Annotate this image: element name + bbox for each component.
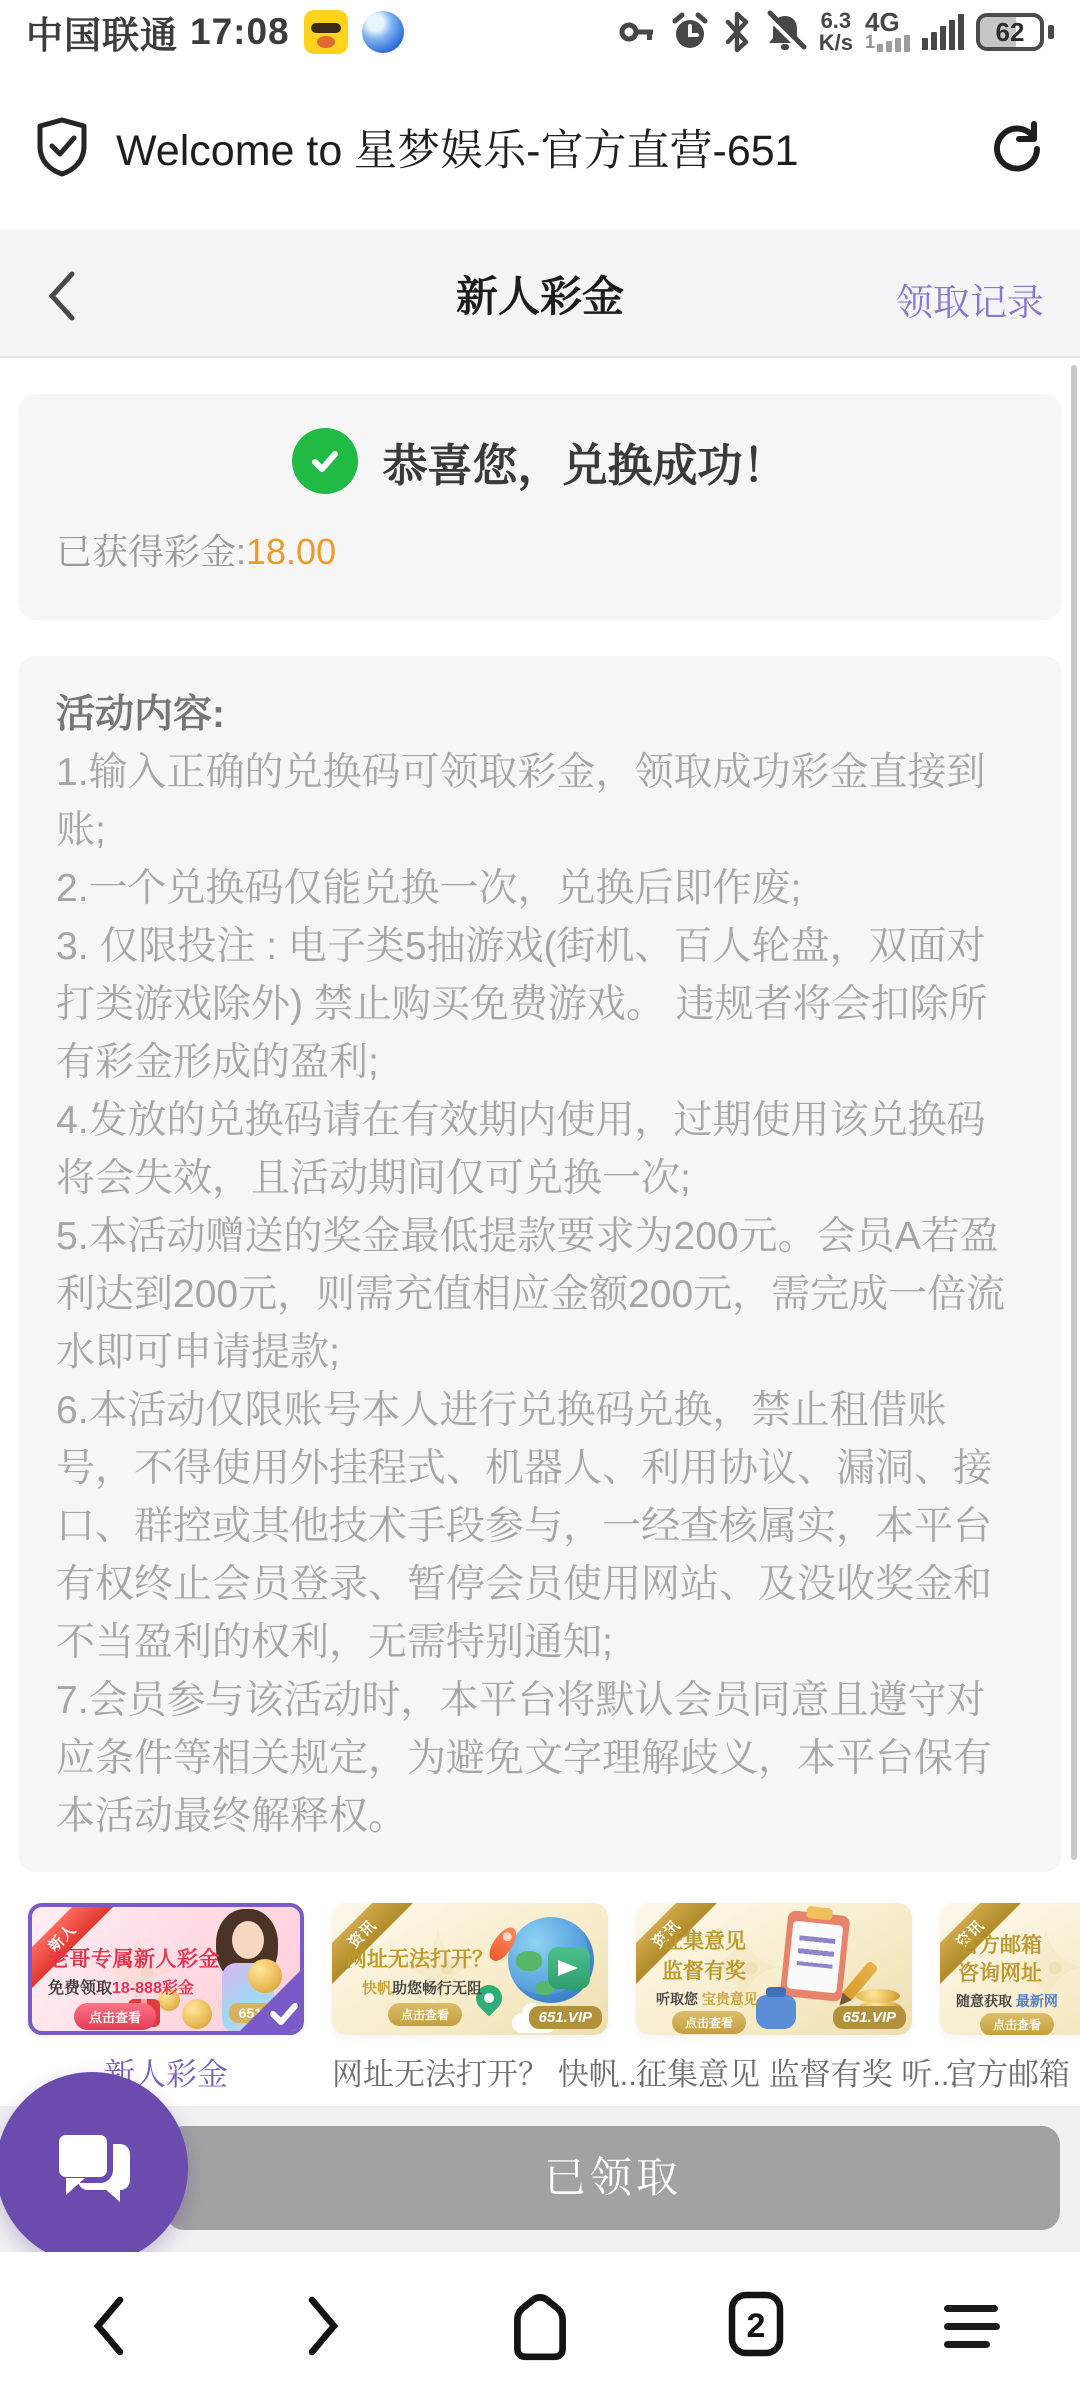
banner-title: 老哥专属新人彩金 <box>48 1943 220 1973</box>
rule-item-3: 3. 仅限投注 : 电子类5抽游戏(街机、百人轮盘，双面对打类游戏除外) 禁止购… <box>56 918 1024 1092</box>
view-button[interactable]: 点击查看 <box>980 2013 1054 2035</box>
nav-back-button[interactable] <box>0 2252 216 2400</box>
promo-banner-official-email[interactable]: 资讯 官方邮箱 咨询网址 随意获取 最新网 点击查看 <box>940 1903 1080 2035</box>
refresh-icon[interactable] <box>988 118 1046 176</box>
banner-title-line2: 监督有奖 <box>662 1955 746 1985</box>
battery-nub <box>1048 25 1054 39</box>
key-icon <box>617 12 657 52</box>
view-button[interactable]: 点击查看 <box>74 2003 156 2030</box>
activity-rules-card: 活动内容: 1.输入正确的兑换码可领取彩金，领取成功彩金直接到账; 2.一个兑换… <box>18 656 1062 1872</box>
chat-bubbles-icon <box>46 2122 138 2214</box>
title-fade <box>806 117 926 178</box>
carrier-label: 中国联通 <box>26 5 178 59</box>
status-icons: 6.3 K/s 4G 1 62 <box>617 10 1054 54</box>
shield-check-icon <box>34 116 90 178</box>
emoji-sunglasses-icon <box>304 10 348 54</box>
rule-item-7: 7.会员参与该活动时，本平台将默认会员同意且遵守对应条件等相关规定，为避免文字理… <box>56 1672 1024 1846</box>
network-speed: 6.3 K/s <box>819 10 853 54</box>
screen: 中国联通 17:08 <box>0 0 1080 2400</box>
nav-tabs-button[interactable]: 2 <box>648 2252 864 2400</box>
selected-check-icon <box>239 1970 301 2032</box>
customer-service-chat-button[interactable] <box>0 2072 188 2264</box>
promo-banner-site-unreachable[interactable]: 资讯 网址无法打开？ 快帆助您畅行无阻 点击查看 651.VIP <box>332 1903 608 2035</box>
nav-menu-icon <box>944 2294 1000 2359</box>
alarm-clock-icon <box>669 11 711 53</box>
battery-indicator: 62 <box>976 13 1044 51</box>
page-header: 新人彩金 领取记录 <box>0 230 1080 358</box>
brand-badge: 651.VIP <box>833 2006 906 2029</box>
promo-banner-feedback-reward[interactable]: 资讯 征集意见 监督有奖 听取您 宝贵意见 点击查看 651.VIP <box>636 1903 912 2035</box>
system-nav-bar: 2 <box>0 2252 1080 2400</box>
brand-badge: 651.VIP <box>529 2006 602 2029</box>
banner-title: 网址无法打开？ <box>346 1943 493 1973</box>
bluetooth-icon <box>723 11 751 53</box>
rule-item-6: 6.本活动仅限账号本人进行兑换码兑换，禁止租借账号，不得使用外挂程式、机器人、利… <box>56 1382 1024 1672</box>
claim-records-link[interactable]: 领取记录 <box>896 272 1044 326</box>
promo-caption: 官方邮箱 咨询网... <box>940 2049 1080 2094</box>
banner-title-line2: 咨询网址 <box>958 1957 1042 1987</box>
rule-item-5: 5.本活动赠送的奖金最低提款要求为200元。会员A若盈利达到200元，则需充值相… <box>56 1208 1024 1382</box>
success-card: 恭喜您，兑换成功！ 已获得彩金:18.00 <box>18 394 1062 620</box>
sim1-signal: 4G 1 <box>865 12 910 52</box>
nav-home-button[interactable] <box>432 2252 648 2400</box>
page-scrollbar[interactable] <box>1071 365 1077 1860</box>
view-button[interactable]: 点击查看 <box>672 2011 746 2034</box>
banner-title-line1: 征集意见 <box>662 1925 746 1955</box>
nav-tabs-icon: 2 <box>724 2287 788 2366</box>
promo-caption: 网址无法打开？ 快帆... <box>332 2049 608 2094</box>
claimed-button[interactable]: 已领取 <box>166 2126 1060 2230</box>
success-check-icon <box>292 428 358 494</box>
nav-back-icon <box>86 2292 130 2360</box>
page-title-text[interactable]: Welcome to 星梦娱乐-官方直营-651 <box>116 117 926 178</box>
gain-label: 已获得彩金: <box>56 531 246 572</box>
rule-item-2: 2.一个兑换码仅能兑换一次，兑换后即作废; <box>56 860 1024 918</box>
nav-forward-button[interactable] <box>216 2252 432 2400</box>
nav-menu-button[interactable] <box>864 2252 1080 2400</box>
rules-title: 活动内容: <box>56 686 1024 744</box>
sim2-signal-bars <box>922 14 964 50</box>
telegram-icon <box>548 1947 590 1989</box>
emoji-planet-icon <box>362 11 404 53</box>
view-button[interactable]: 点击查看 <box>388 2003 462 2026</box>
coin-icon <box>182 1999 212 2029</box>
success-message: 恭喜您，兑换成功！ <box>382 429 787 494</box>
money-pouch-icon <box>756 1995 796 2029</box>
promo-cell-email[interactable]: 资讯 官方邮箱 咨询网址 随意获取 最新网 点击查看 官方邮箱 咨询网... <box>940 1903 1080 2094</box>
promo-caption: 征集意见 监督有奖 听... <box>636 2049 912 2094</box>
rule-item-4: 4.发放的兑换码请在有效期内使用，过期使用该兑换码将会失效，且活动期间仅可兑换一… <box>56 1092 1024 1208</box>
tab-count: 2 <box>724 2287 788 2366</box>
promo-cell-vpn[interactable]: 资讯 网址无法打开？ 快帆助您畅行无阻 点击查看 651.VIP 网址无法打开？… <box>332 1903 608 2094</box>
promo-banner-newbie-bonus[interactable]: 新人 老哥专属新人彩金 免费领取18-888彩金 点击查看 651 <box>28 1903 304 2035</box>
rule-item-1: 1.输入正确的兑换码可领取彩金，领取成功彩金直接到账; <box>56 744 1024 860</box>
banner-subtitle: 免费领取18-888彩金 <box>48 1975 194 1998</box>
gain-row: 已获得彩金:18.00 <box>56 524 1062 575</box>
nav-forward-icon <box>302 2292 346 2360</box>
nav-home-icon <box>503 2289 577 2363</box>
browser-address-bar[interactable]: Welcome to 星梦娱乐-官方直营-651 <box>0 64 1080 230</box>
clock: 17:08 <box>190 11 290 53</box>
gain-amount: 18.00 <box>246 531 336 572</box>
banner-title-line1: 官方邮箱 <box>958 1929 1042 1959</box>
promo-cell-newbie[interactable]: 新人 老哥专属新人彩金 免费领取18-888彩金 点击查看 651 新人彩金 <box>28 1903 304 2094</box>
banner-subtitle: 快帆助您畅行无阻 <box>362 1977 482 1998</box>
banner-subtitle: 随意获取 最新网 <box>956 1991 1058 2011</box>
status-bar: 中国联通 17:08 <box>0 0 1080 64</box>
mute-bell-icon <box>763 10 807 54</box>
banner-subtitle: 听取您 宝贵意见 <box>656 1989 758 2009</box>
promo-cell-feedback[interactable]: 资讯 征集意见 监督有奖 听取您 宝贵意见 点击查看 651.VIP 征集意见 … <box>636 1903 912 2094</box>
